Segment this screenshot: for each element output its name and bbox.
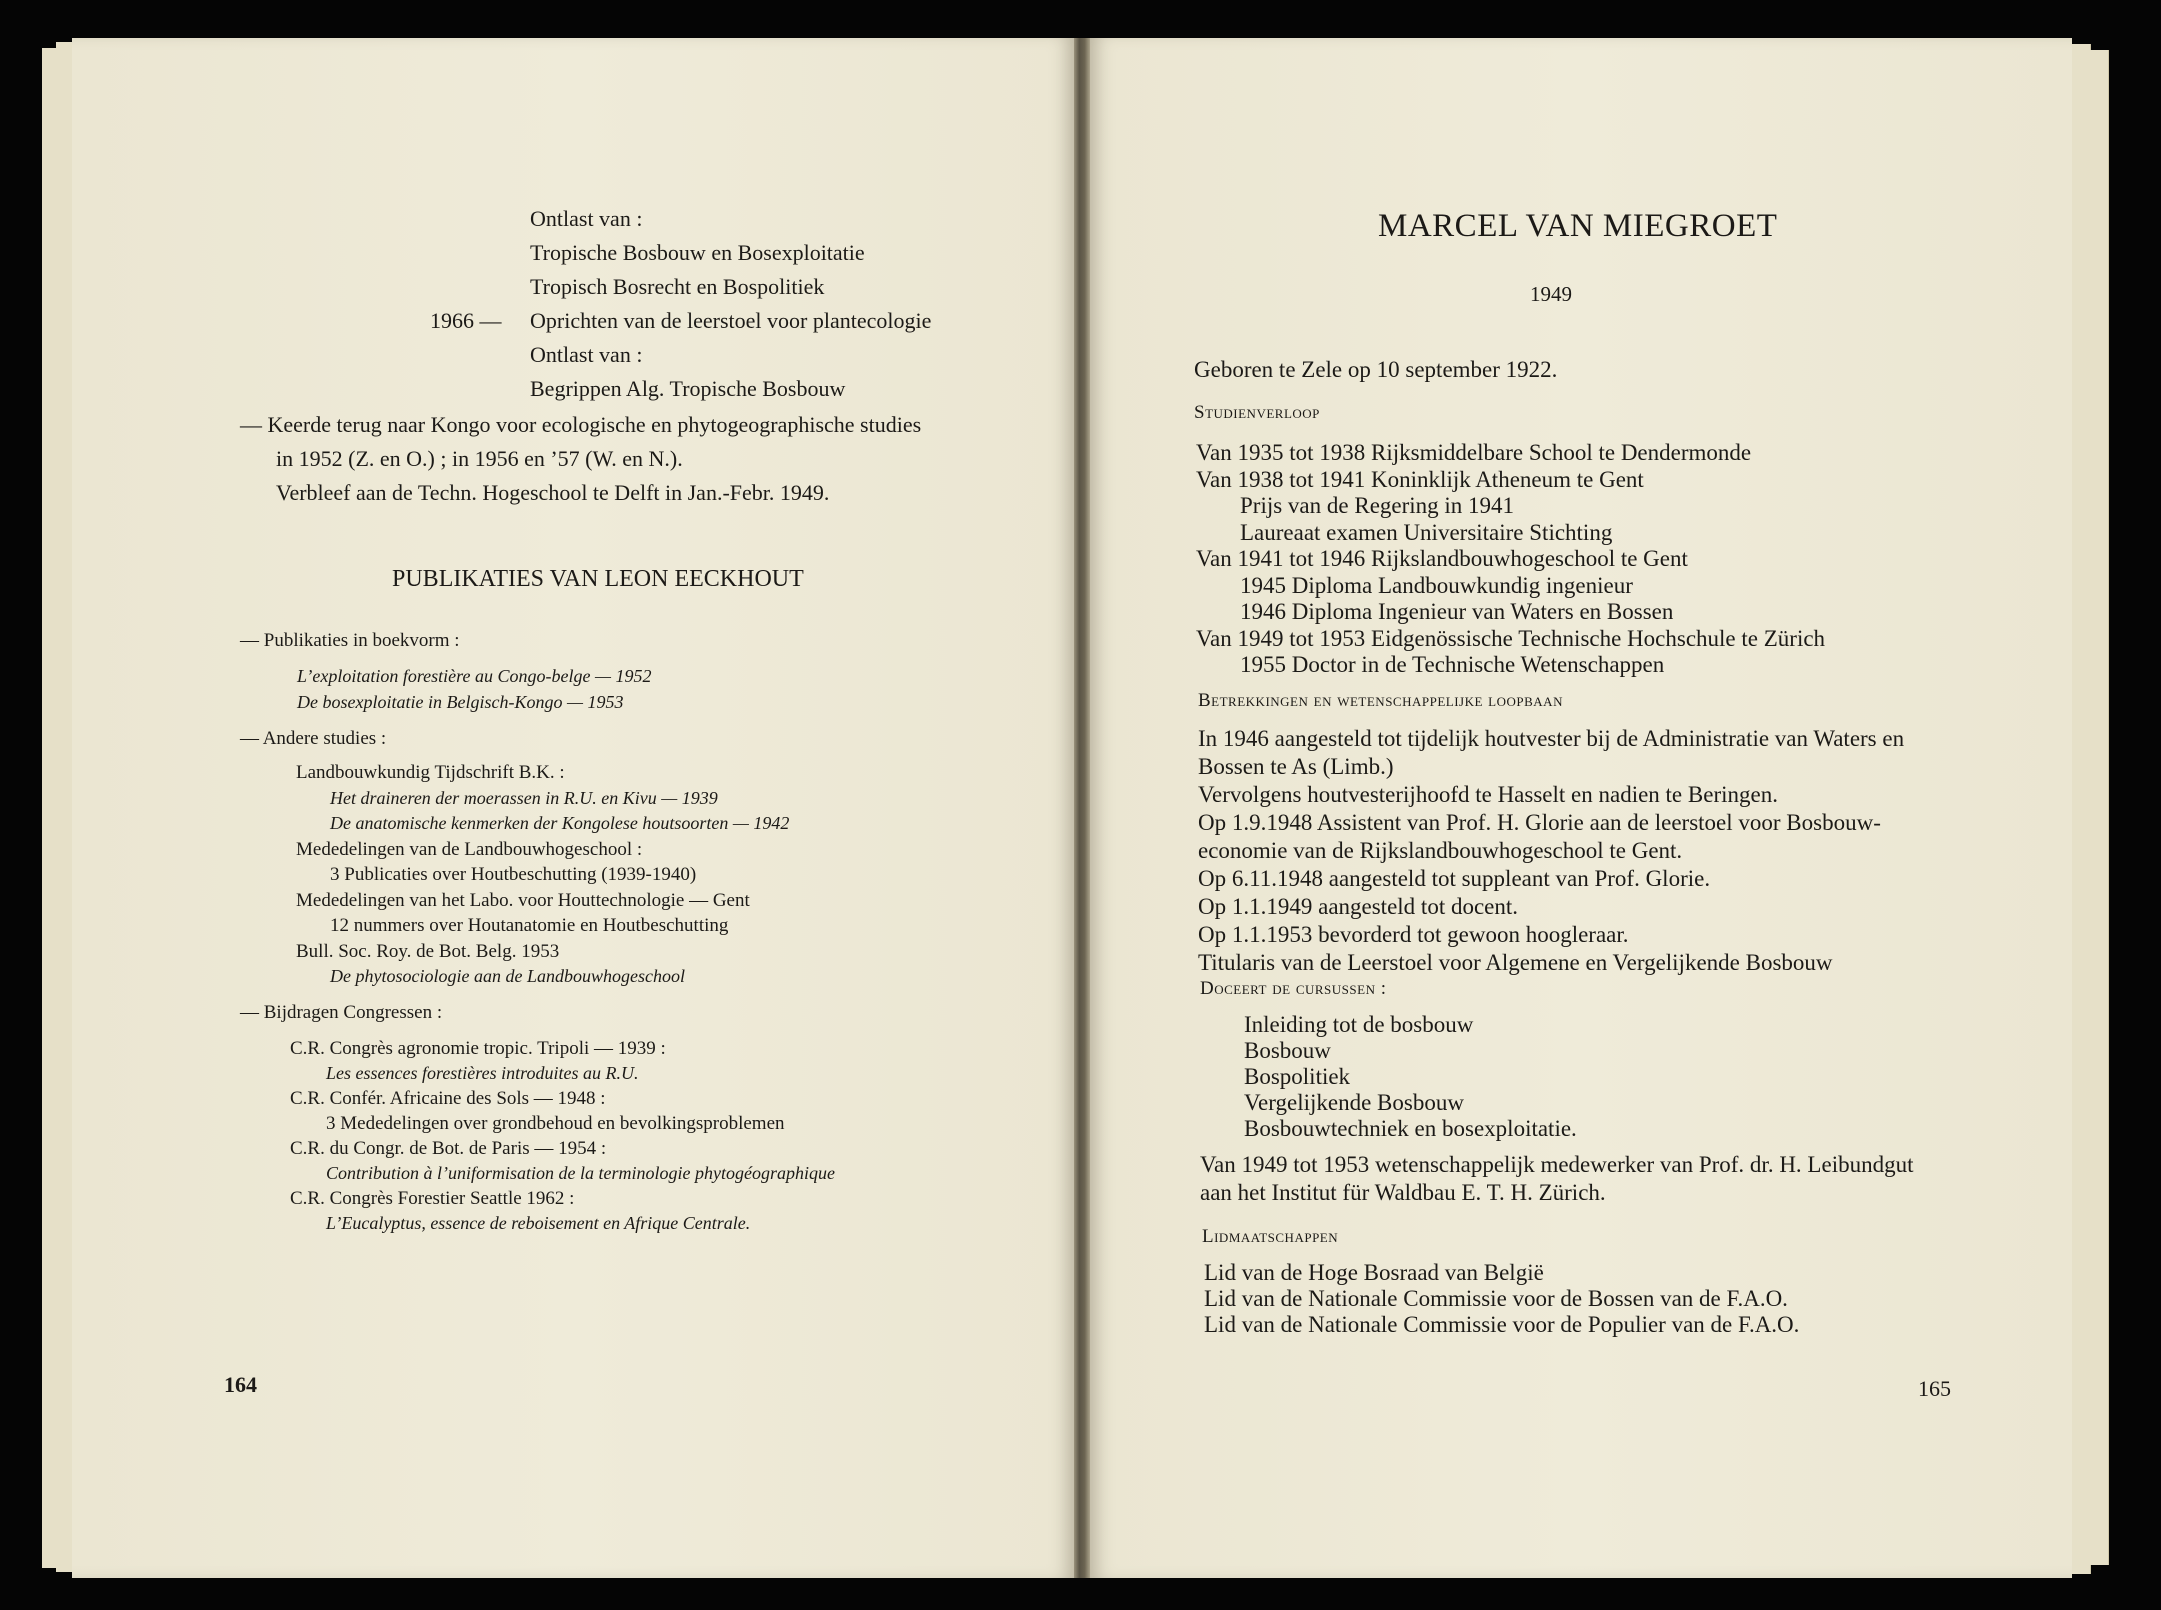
right-page [1090, 38, 2072, 1578]
course-item: Bosbouw [1244, 1038, 1331, 1064]
publication-item: Mededelingen van het Labo. voor Houttech… [296, 890, 750, 912]
born-line: Geboren te Zele op 10 september 1922. [1194, 357, 1557, 383]
career-line: Tropische Bosbouw en Bosexploitatie [530, 240, 865, 266]
career-item: Op 1.9.1948 Assistent van Prof. H. Glori… [1198, 810, 1881, 836]
studies-heading: Studienverloop [1194, 402, 1320, 424]
career-line: Ontlast van : [530, 342, 642, 368]
career-item: Titularis van de Leerstoel voor Algemene… [1198, 950, 1833, 976]
page-number-left: 164 [224, 1372, 257, 1398]
congress-item: 3 Mededelingen over grondbehoud en bevol… [326, 1113, 785, 1135]
congress-item: C.R. du Congr. de Bot. de Paris — 1954 : [290, 1138, 606, 1160]
publication-item: Het draineren der moerassen in R.U. en K… [330, 788, 718, 809]
publication-item: 3 Publicaties over Houtbeschutting (1939… [330, 864, 696, 886]
studies-item: Prijs van de Regering in 1941 [1240, 493, 1514, 519]
career-line: Oprichten van de leerstoel voor planteco… [530, 308, 931, 334]
congress-item: C.R. Congrès Forestier Seattle 1962 : [290, 1188, 574, 1210]
membership-item: Lid van de Hoge Bosraad van België [1204, 1260, 1544, 1286]
career-heading: Betrekkingen en wetenschappelijke loopba… [1198, 690, 1563, 712]
boekvorm-label: — Publikaties in boekvorm : [240, 630, 460, 652]
kongo-note-line: in 1952 (Z. en O.) ; in 1956 en ’57 (W. … [276, 446, 683, 472]
studies-item: Van 1941 tot 1946 Rijkslandbouwhogeschoo… [1196, 546, 1688, 572]
publications-heading: PUBLIKATIES VAN LEON EECKHOUT [392, 566, 804, 593]
title-year: 1949 [1530, 282, 1572, 307]
career-item: Vervolgens houtvesterijhoofd te Hasselt … [1198, 782, 1778, 808]
courses-heading: Doceert de cursussen : [1200, 978, 1387, 1000]
studies-item: Van 1949 tot 1953 Eidgenössische Technis… [1196, 626, 1825, 652]
publication-item: De anatomische kenmerken der Kongolese h… [330, 813, 789, 834]
kongo-note-line: Verbleef aan de Techn. Hogeschool te Del… [276, 480, 829, 506]
career-line: Begrippen Alg. Tropische Bosbouw [530, 376, 845, 402]
studies-item: Laureaat examen Universitaire Stichting [1240, 520, 1612, 546]
publication-item: Mededelingen van de Landbouwhogeschool : [296, 839, 642, 861]
studies-item: Van 1938 tot 1941 Koninklijk Atheneum te… [1196, 467, 1644, 493]
career-line: Tropisch Bosrecht en Bospolitiek [530, 274, 824, 300]
publication-item: Bull. Soc. Roy. de Bot. Belg. 1953 [296, 941, 559, 963]
right-page-stack-edge [2080, 50, 2109, 1565]
publication-item: Landbouwkundig Tijdschrift B.K. : [296, 762, 565, 784]
andere-label: — Andere studies : [240, 728, 386, 750]
course-item: Inleiding tot de bosbouw [1244, 1012, 1473, 1038]
congressen-label: — Bijdragen Congressen : [240, 1002, 442, 1024]
course-item: Vergelijkende Bosbouw [1244, 1090, 1464, 1116]
publication-item: 12 nummers over Houtanatomie en Houtbesc… [330, 915, 728, 937]
congress-item: C.R. Confér. Africaine des Sols — 1948 : [290, 1088, 606, 1110]
congress-item: Les essences forestières introduites au … [326, 1063, 638, 1084]
membership-item: Lid van de Nationale Commissie voor de P… [1204, 1312, 1799, 1338]
page-title: MARCEL VAN MIEGROET [1378, 208, 1777, 245]
career-item: economie van de Rijkslandbouwhogeschool … [1198, 838, 1682, 864]
congress-item: Contribution à l’uniformisation de la te… [326, 1163, 835, 1184]
career-year: 1966 — [430, 308, 502, 334]
congress-item: C.R. Congrès agronomie tropic. Tripoli —… [290, 1038, 666, 1060]
zurich-line: Van 1949 tot 1953 wetenschappelijk medew… [1200, 1152, 1913, 1178]
publication-item: De phytosociologie aan de Landbouwhogesc… [330, 966, 685, 987]
page-number-right: 165 [1918, 1376, 1951, 1402]
career-item: Op 6.11.1948 aangesteld tot suppleant va… [1198, 866, 1710, 892]
career-item: Op 1.1.1953 bevorderd tot gewoon hoogler… [1198, 922, 1629, 948]
studies-item: Van 1935 tot 1938 Rijksmiddelbare School… [1196, 440, 1751, 466]
zurich-line: aan het Institut für Waldbau E. T. H. Zü… [1200, 1180, 1606, 1206]
membership-item: Lid van de Nationale Commissie voor de B… [1204, 1286, 1788, 1312]
course-item: Bosbouwtechniek en bosexploitatie. [1244, 1116, 1577, 1142]
career-item: Op 1.1.1949 aangesteld tot docent. [1198, 894, 1518, 920]
kongo-note-line: — Keerde terug naar Kongo voor ecologisc… [240, 412, 921, 438]
career-line: Ontlast van : [530, 206, 642, 232]
career-item: Bossen te As (Limb.) [1198, 754, 1394, 780]
studies-item: 1955 Doctor in de Technische Wetenschapp… [1240, 652, 1664, 678]
congress-item: L’Eucalyptus, essence de reboisement en … [326, 1213, 750, 1234]
studies-item: 1946 Diploma Ingenieur van Waters en Bos… [1240, 599, 1673, 625]
career-item: In 1946 aangesteld tot tijdelijk houtves… [1198, 726, 1904, 752]
course-item: Bospolitiek [1244, 1064, 1350, 1090]
book-spine [1074, 38, 1090, 1578]
publication-item: De bosexploitatie in Belgisch-Kongo — 19… [297, 692, 623, 713]
studies-item: 1945 Diploma Landbouwkundig ingenieur [1240, 573, 1633, 599]
memberships-heading: Lidmaatschappen [1202, 1226, 1338, 1248]
publication-item: L’exploitation forestière au Congo-belge… [297, 666, 651, 687]
